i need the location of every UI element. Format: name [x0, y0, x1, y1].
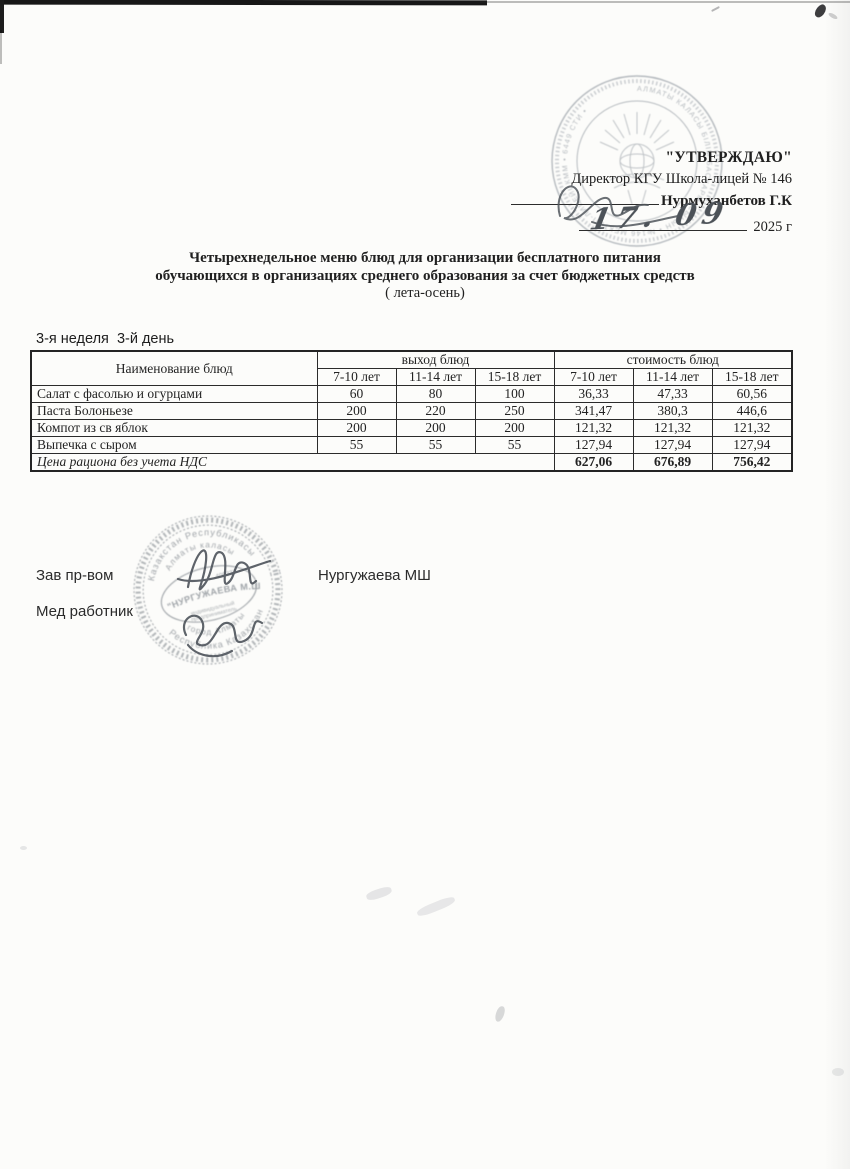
age-header: 7-10 лет — [554, 369, 633, 386]
scan-smudge — [832, 1068, 844, 1076]
scan-artifact-left-border-faint — [0, 30, 2, 64]
scanned-menu-document: { "approval": { "approve_word": "\"УТВЕР… — [0, 0, 850, 1169]
total-row: Цена рациона без учета НДС 627,06 676,89… — [31, 454, 792, 472]
table-row: Компот из св яблок 200 200 200 121,32 12… — [31, 420, 792, 437]
title-line-2: обучающихся в организациях среднего обра… — [0, 268, 850, 286]
director-signature — [552, 176, 684, 234]
date-year: 2025 г — [753, 219, 792, 235]
total-value: 676,89 — [633, 454, 712, 472]
table-row: Салат с фасолью и огурцами 60 80 100 36,… — [31, 386, 792, 403]
age-header: 15-18 лет — [712, 369, 792, 386]
dish-value: 380,3 — [633, 403, 712, 420]
dish-value: 60 — [317, 386, 396, 403]
dish-name: Выпечка с сыром — [31, 437, 317, 454]
dish-value: 200 — [317, 420, 396, 437]
dish-value: 121,32 — [554, 420, 633, 437]
scan-smudge — [20, 846, 27, 850]
dish-value: 127,94 — [633, 437, 712, 454]
dish-value: 220 — [396, 403, 475, 420]
scan-artifact-top-border-faint — [480, 1, 850, 3]
scan-smudge — [494, 1005, 506, 1023]
dish-value: 80 — [396, 386, 475, 403]
table-row: Паста Болоньезе 200 220 250 341,47 380,3… — [31, 403, 792, 420]
dish-value: 60,56 — [712, 386, 792, 403]
menu-table: Наименование блюд выход блюд стоимость б… — [30, 350, 793, 472]
dish-name: Паста Болоньезе — [31, 403, 317, 420]
dish-value: 446,6 — [712, 403, 792, 420]
dish-value: 55 — [396, 437, 475, 454]
total-value: 627,06 — [554, 454, 633, 472]
document-title: Четырехнедельное меню блюд для организац… — [0, 250, 850, 303]
dish-value: 250 — [475, 403, 554, 420]
dish-value: 341,47 — [554, 403, 633, 420]
age-header: 11-14 лет — [396, 369, 475, 386]
zav-signature — [158, 535, 298, 665]
scan-speck — [711, 6, 720, 12]
role-zav-label: Зав пр-вом — [36, 567, 113, 584]
dish-name: Компот из св яблок — [31, 420, 317, 437]
dish-value: 200 — [396, 420, 475, 437]
total-label: Цена рациона без учета НДС — [31, 454, 554, 472]
group-header-output: выход блюд — [317, 351, 554, 369]
week-day-label: 3-я неделя 3-й день — [36, 331, 174, 347]
dish-value: 36,33 — [554, 386, 633, 403]
title-line-1: Четырехнедельное меню блюд для организац… — [0, 250, 850, 268]
scan-artifact-top-border — [0, 0, 487, 5]
responsible-name: Нургужаева МШ — [318, 567, 431, 584]
dish-value: 100 — [475, 386, 554, 403]
title-line-3: ( лета-осень) — [0, 285, 850, 303]
role-med-label: Мед работник — [36, 603, 133, 620]
dish-name: Салат с фасолью и огурцами — [31, 386, 317, 403]
age-header: 15-18 лет — [475, 369, 554, 386]
dish-value: 121,32 — [633, 420, 712, 437]
scan-smudge — [365, 885, 393, 902]
dish-value: 55 — [475, 437, 554, 454]
approve-word: "УТВЕРЖДАЮ" — [666, 149, 792, 167]
table-row: Выпечка с сыром 55 55 55 127,94 127,94 1… — [31, 437, 792, 454]
scan-smudge — [416, 895, 456, 918]
total-value: 756,42 — [712, 454, 792, 472]
dish-value: 200 — [475, 420, 554, 437]
scan-artifact-left-border — [0, 0, 4, 33]
age-header: 11-14 лет — [633, 369, 712, 386]
dish-value: 200 — [317, 403, 396, 420]
col-header-name: Наименование блюд — [31, 351, 317, 386]
dish-value: 55 — [317, 437, 396, 454]
scan-edge-shading — [824, 0, 850, 1169]
age-header: 7-10 лет — [317, 369, 396, 386]
dish-value: 127,94 — [712, 437, 792, 454]
dish-value: 47,33 — [633, 386, 712, 403]
dish-value: 127,94 — [554, 437, 633, 454]
group-header-cost: стоимость блюд — [554, 351, 792, 369]
dish-value: 121,32 — [712, 420, 792, 437]
